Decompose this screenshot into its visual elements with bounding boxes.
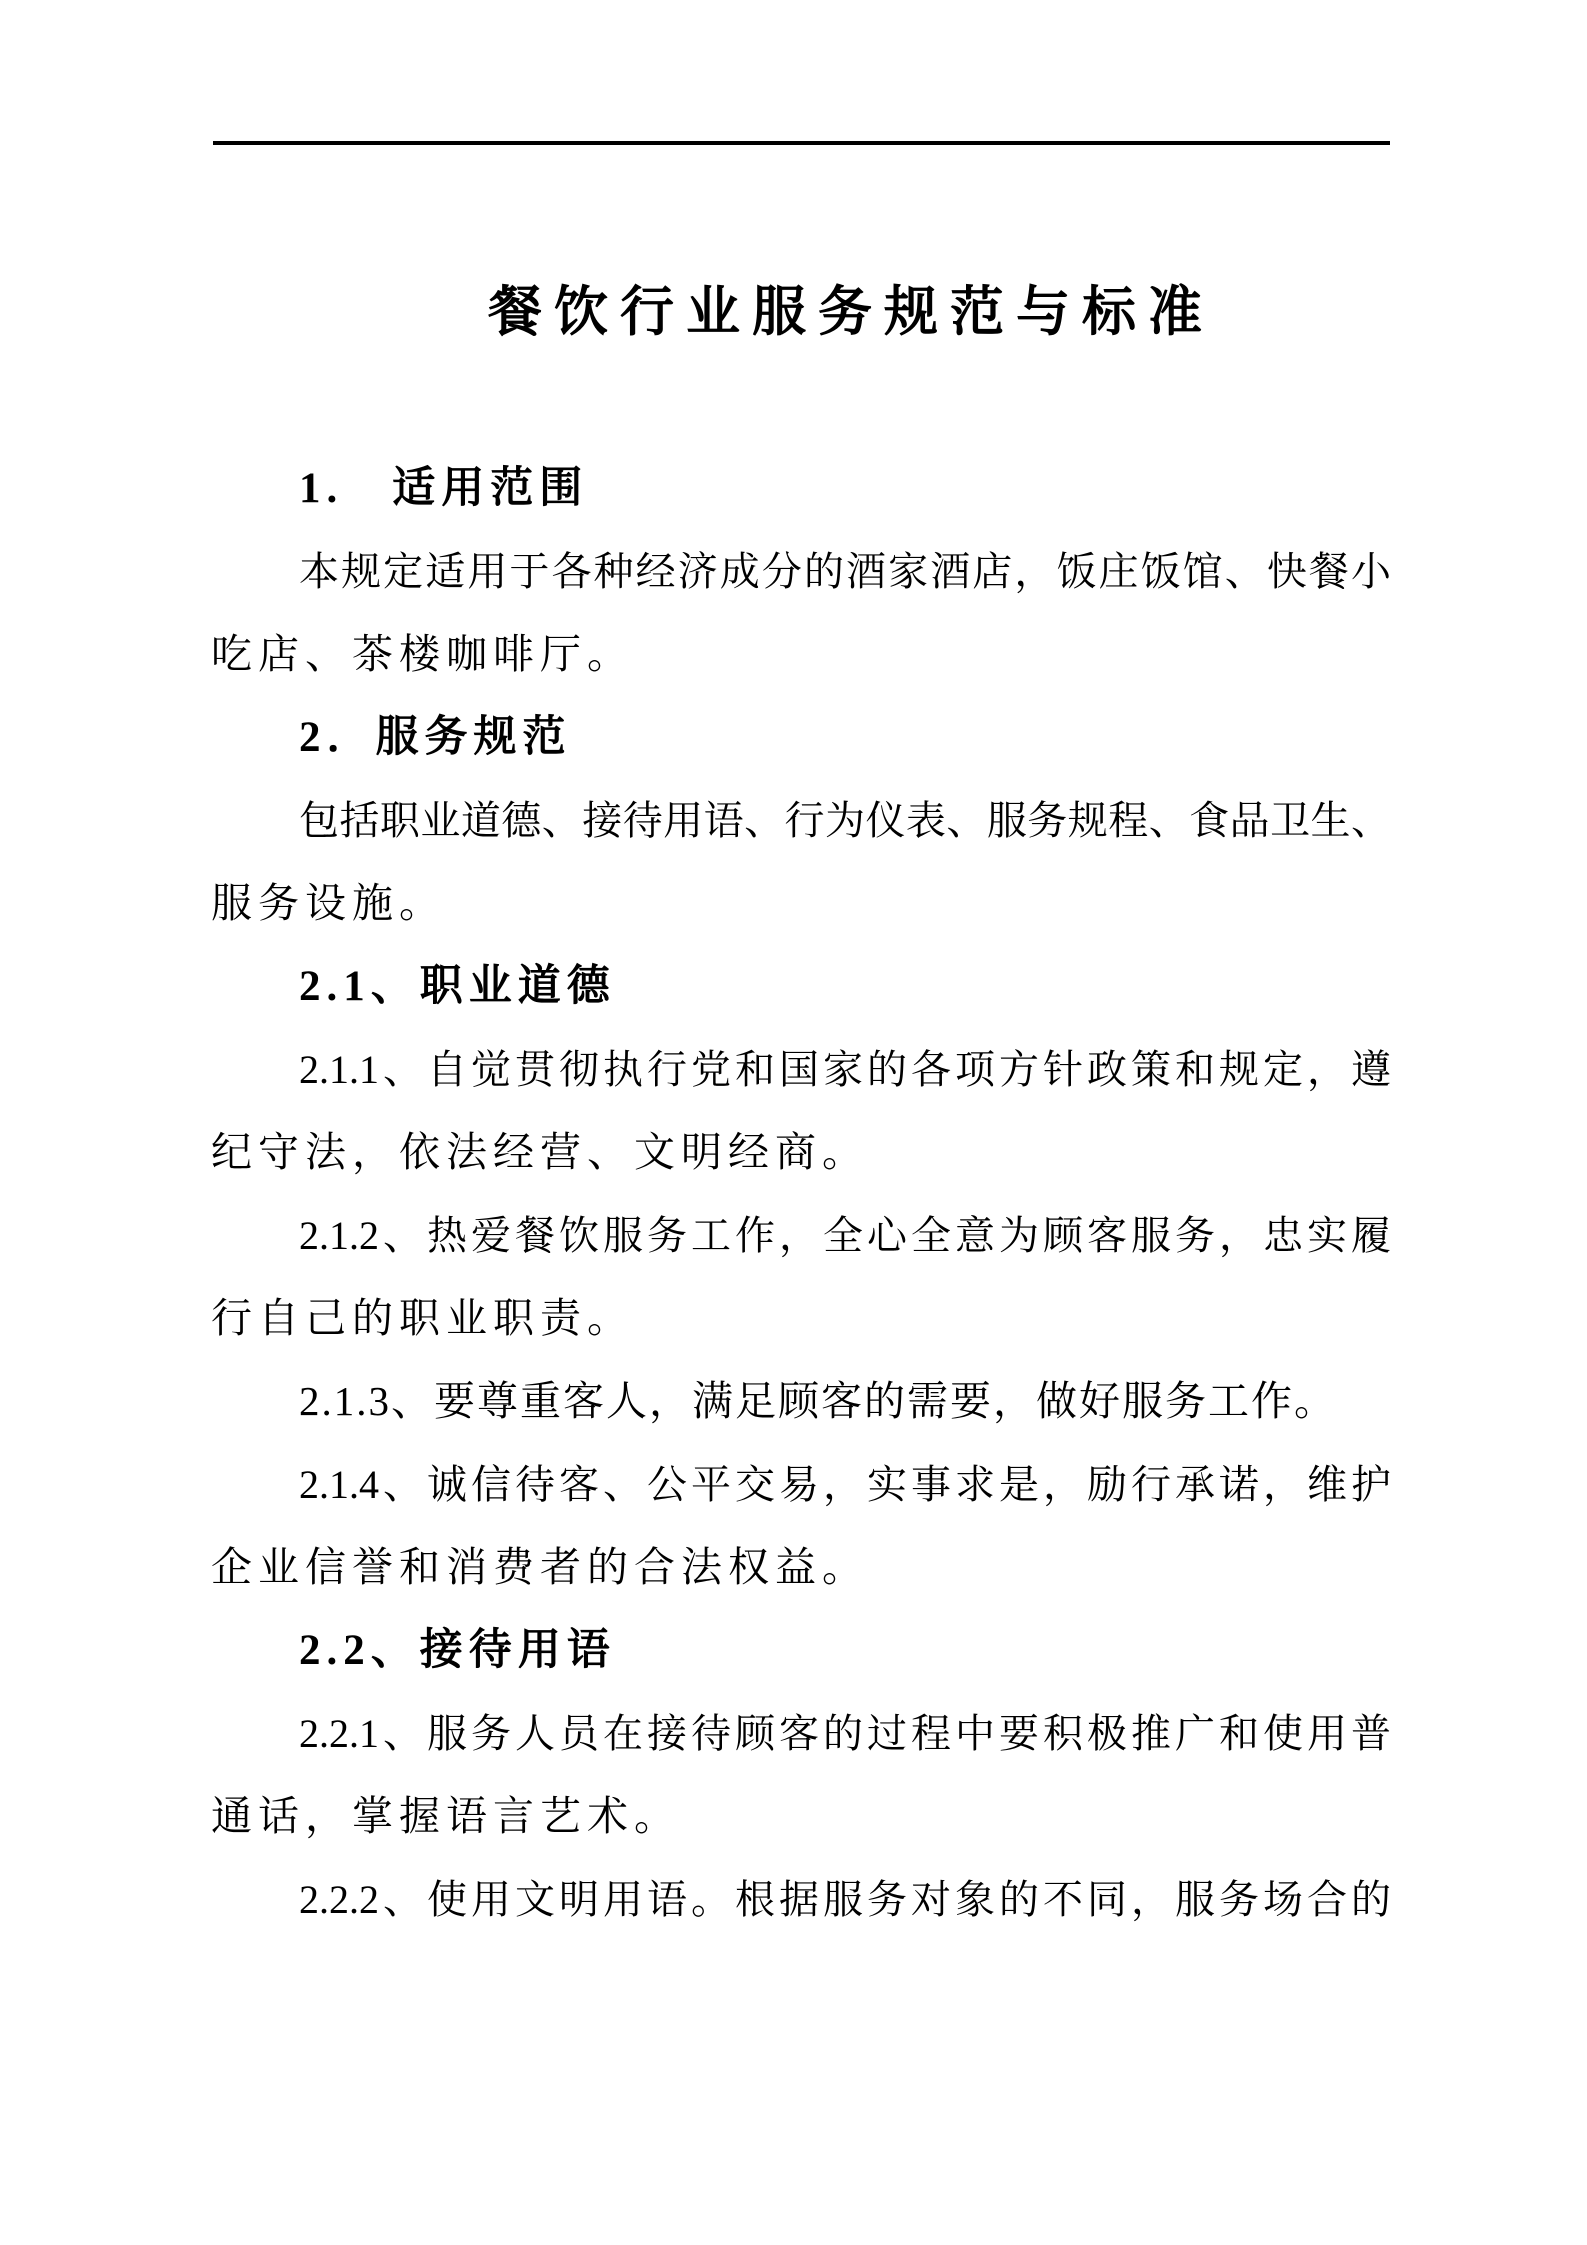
paragraph-line: 2.1.1、自觉贯彻执行党和国家的各项方针政策和规定，遵 <box>211 1028 1391 1111</box>
paragraph-line: 2.1.3、要尊重客人，满足顾客的需要，做好服务工作。 <box>211 1360 1391 1443</box>
header-rule <box>213 141 1390 145</box>
paragraph-line: 2.1.4、诚信待客、公平交易，实事求是，励行承诺，维护 <box>211 1443 1391 1526</box>
section-heading: 2.2、接待用语 <box>211 1609 1391 1692</box>
paragraph-line: 行自己的职业职责。 <box>211 1277 1391 1360</box>
section-heading: 2.1、职业道德 <box>211 945 1391 1028</box>
paragraph-line: 吃店、茶楼咖啡厅。 <box>211 613 1391 696</box>
document-page: 餐饮行业服务规范与标准 1. 适用范围本规定适用于各种经济成分的酒家酒店，饭庄饭… <box>0 0 1587 2245</box>
section-heading: 2．服务规范 <box>211 696 1391 779</box>
paragraph-line: 纪守法，依法经营、文明经商。 <box>211 1111 1391 1194</box>
section-heading: 1. 适用范围 <box>211 447 1391 530</box>
document-title: 餐饮行业服务规范与标准 <box>211 279 1391 345</box>
paragraph-line: 2.2.1、服务人员在接待顾客的过程中要积极推广和使用普 <box>211 1692 1391 1775</box>
paragraph-line: 服务设施。 <box>211 862 1391 945</box>
paragraph-line: 企业信誉和消费者的合法权益。 <box>211 1526 1391 1609</box>
document-text: 1. 适用范围本规定适用于各种经济成分的酒家酒店，饭庄饭馆、快餐小吃店、茶楼咖啡… <box>211 447 1391 1941</box>
paragraph-line: 2.2.2、使用文明用语。根据服务对象的不同，服务场合的 <box>211 1858 1391 1941</box>
document-body: 餐饮行业服务规范与标准 1. 适用范围本规定适用于各种经济成分的酒家酒店，饭庄饭… <box>211 279 1391 1941</box>
paragraph-line: 包括职业道德、接待用语、行为仪表、服务规程、食品卫生、 <box>211 779 1391 862</box>
paragraph-line: 2.1.2、热爱餐饮服务工作，全心全意为顾客服务，忠实履 <box>211 1194 1391 1277</box>
paragraph-line: 通话，掌握语言艺术。 <box>211 1775 1391 1858</box>
paragraph-line: 本规定适用于各种经济成分的酒家酒店，饭庄饭馆、快餐小 <box>211 530 1391 613</box>
